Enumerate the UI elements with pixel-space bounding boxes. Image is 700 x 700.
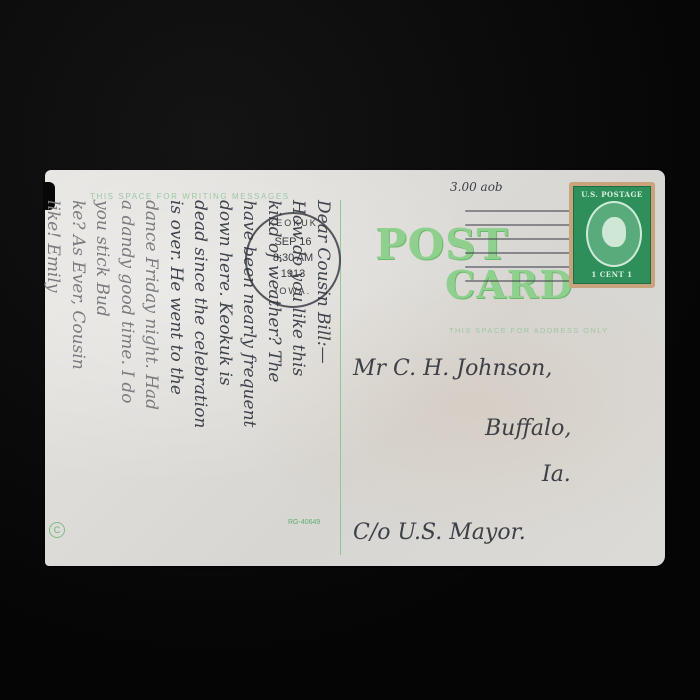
message-line: like! Emily [41,200,66,560]
message-line: you stick Bud [90,200,115,560]
message-line: a dandy good time. I do [115,200,140,560]
recipient-name: Mr C. H. Johnson, [353,356,552,381]
washington-portrait-icon [586,201,642,267]
stamp-top-text: U.S. POSTAGE [574,190,650,199]
postcard: THIS SPACE FOR WRITING MESSAGES RG-40649… [45,170,665,566]
pencil-price-note: 3.00 aob [450,180,503,194]
recipient-care-of: C/o U.S. Mayor. [353,520,526,545]
message-line: ke? As Ever, Cousin [66,200,91,560]
postage-stamp: U.S. POSTAGE 1 CENT 1 [569,182,655,288]
message-line: dead since the celebration [188,200,213,560]
message-line: down here. Keokuk is [213,200,238,560]
postmark-time: 8:30 AM [247,252,339,264]
message-line: is over. He went to the [164,200,189,560]
message-line: dance Friday night. Had [139,200,164,560]
stamp-denomination: 1 CENT 1 [574,270,650,279]
address-space-label: THIS SPACE FOR ADDRESS ONLY [449,326,609,335]
recipient-state: Ia. [542,462,571,487]
postmark-city: KEOKUK [247,218,339,228]
postmark-date: SEP 16 [247,236,339,248]
recipient-city: Buffalo, [485,416,571,441]
postmark-state: IOWA. [247,286,339,296]
postmark: KEOKUK SEP 16 8:30 AM 1913 IOWA. [245,212,341,308]
postmark-year: 1913 [247,268,339,280]
